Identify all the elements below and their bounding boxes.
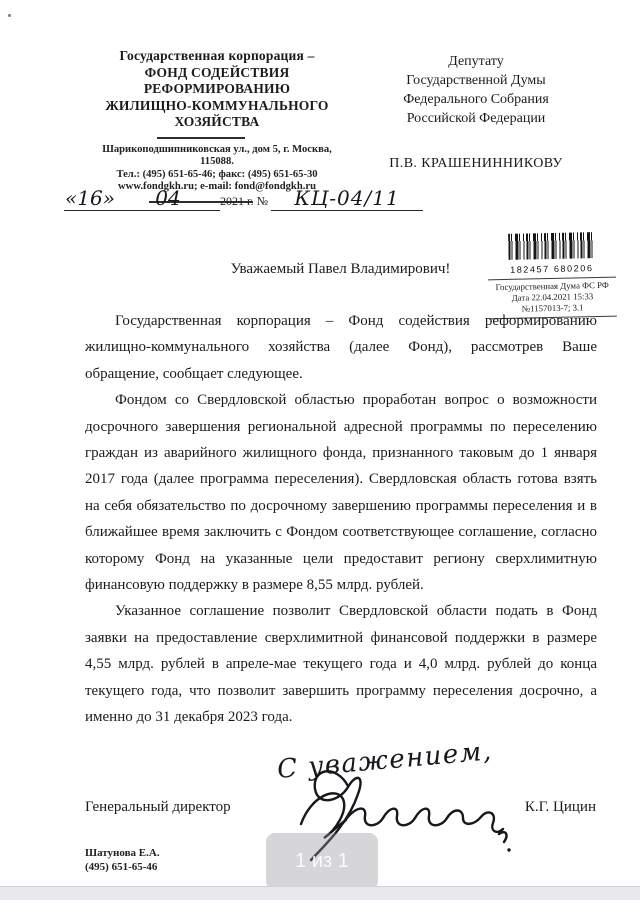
scan-artifact: [8, 14, 11, 17]
addressee-block: Депутату Государственной Думы Федерально…: [381, 52, 571, 173]
paragraph: Фондом со Свердловской областью проработ…: [85, 387, 597, 598]
executor-name: Шатунова Е.А.: [85, 847, 160, 861]
addressee-name: П.В. КРАШЕНИННИКОВУ: [381, 154, 571, 173]
page-indicator-overlay: 1 из 1: [266, 833, 378, 890]
org-address: Шарикоподшипниковская ул., дом 5, г. Мос…: [90, 144, 344, 169]
org-phone-fax: Тел.: (495) 651-65-46; факс: (495) 651-6…: [90, 169, 344, 182]
addressee-line: Федерального Собрания: [381, 90, 571, 109]
signer-position: Генеральный директор: [85, 799, 231, 816]
org-name-line: ЖИЛИЩНО-КОММУНАЛЬНОГО: [90, 98, 344, 115]
executor-phone: (495) 651-65-46: [85, 861, 160, 875]
paragraph: Указанное соглашение позволит Свердловск…: [85, 598, 597, 730]
addressee-line: Государственной Думы: [381, 71, 571, 90]
date-year-label: 2021 г. №: [220, 194, 268, 208]
handwritten-day: «16»: [64, 186, 116, 211]
org-name-line: Государственная корпорация –: [90, 48, 344, 65]
handwritten-month: 04: [116, 186, 220, 211]
addressee-line: Депутату: [381, 52, 571, 71]
salutation: Уважаемый Павел Владимирович!: [85, 261, 596, 278]
org-name-line: РЕФОРМИРОВАНИЮ: [90, 81, 344, 98]
barcode-icon: [508, 232, 595, 260]
letter-page: Государственная корпорация – ФОНД СОДЕЙС…: [0, 0, 640, 900]
addressee-line: Российской Федерации: [381, 109, 571, 128]
page-indicator-label: 1 из 1: [295, 850, 349, 873]
handwritten-outgoing-number: КЦ-04/11: [271, 186, 423, 211]
org-name-line: ХОЗЯЙСТВА: [90, 114, 344, 131]
paragraph: Государственная корпорация – Фонд содейс…: [85, 308, 597, 387]
viewer-bottom-edge: [0, 886, 640, 900]
org-name-line: ФОНД СОДЕЙСТВИЯ: [90, 65, 344, 82]
executor-block: Шатунова Е.А. (495) 651-65-46: [85, 847, 160, 874]
handwritten-closing: С уважением,: [276, 736, 494, 785]
signer-name: К.Г. Цицин: [525, 799, 596, 816]
letterhead-divider: [157, 137, 245, 139]
letter-body: Государственная корпорация – Фонд содейс…: [85, 308, 597, 731]
date-number-line: «16»042021 г. № КЦ-04/11: [64, 186, 423, 211]
letterhead-org-block: Государственная корпорация – ФОНД СОДЕЙС…: [90, 48, 344, 203]
